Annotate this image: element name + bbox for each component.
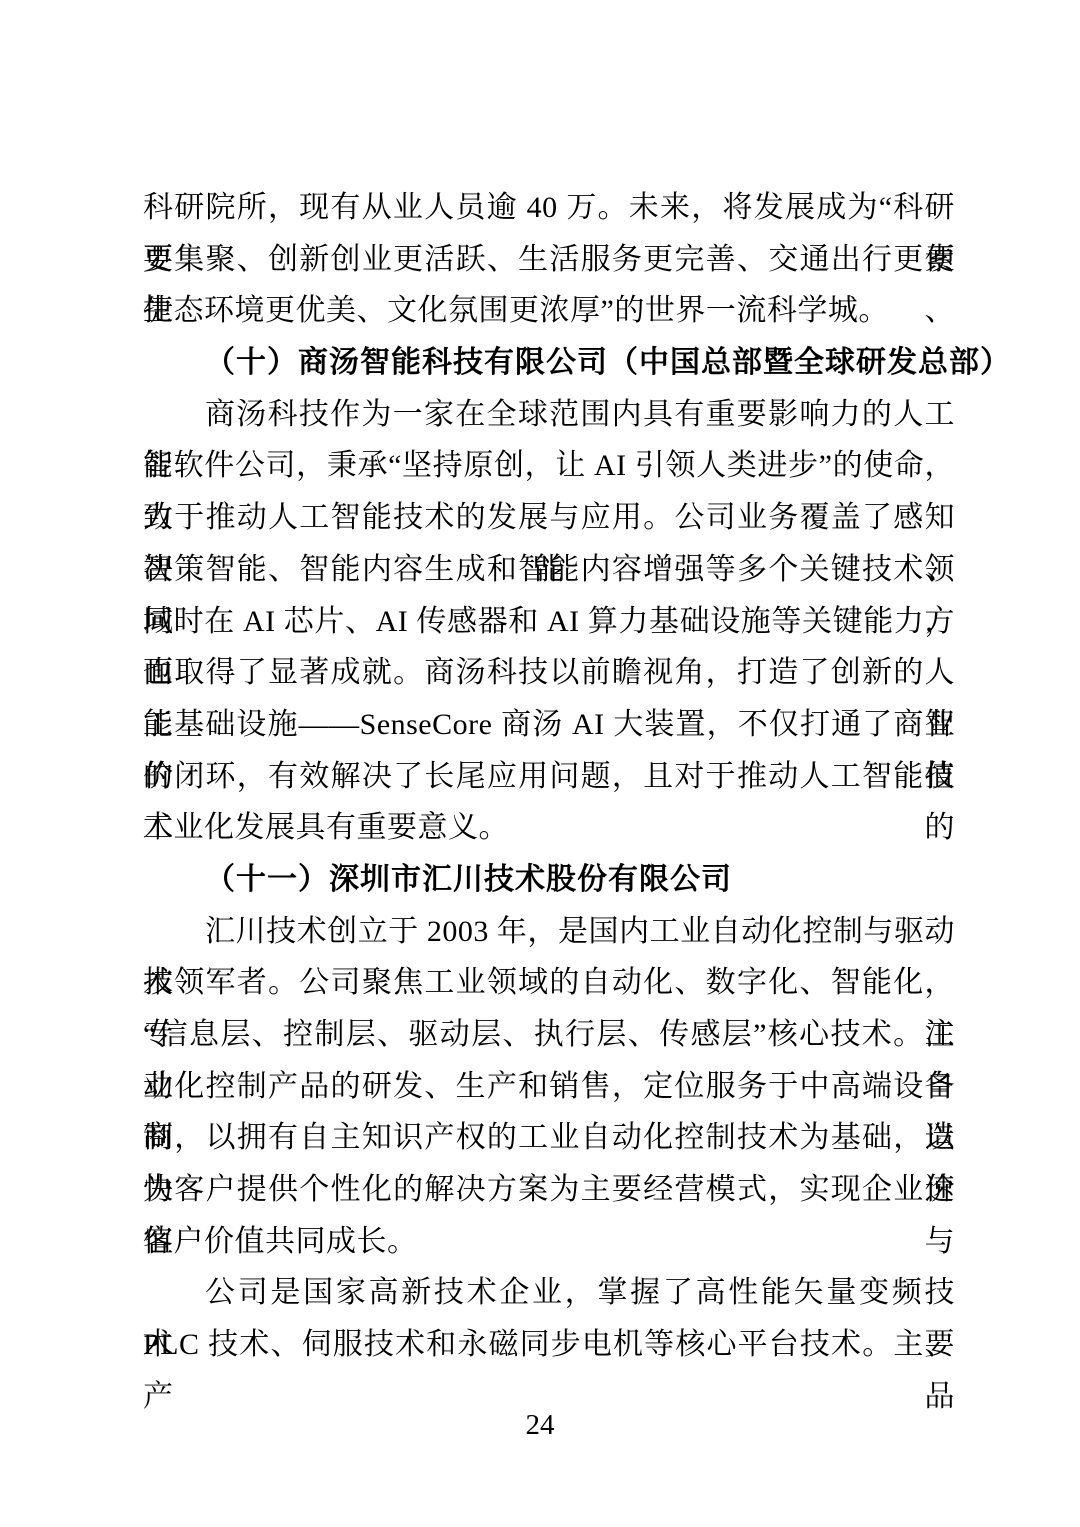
body-line: 更集聚、创新创业更活跃、生活服务更完善、交通出行更便捷、 xyxy=(143,234,955,286)
body-line: 汇川技术创立于 2003 年，是国内工业自动化控制与驱动技 xyxy=(143,906,955,958)
body-line: 科研院所，现有从业人员逾 40 万。未来，将发展成为“科研要素 xyxy=(143,182,955,234)
body-line: 商汤科技作为一家在全球范围内具有重要影响力的人工智 xyxy=(143,389,955,441)
body-line: 公司是国家高新技术企业，掌握了高性能矢量变频技术、 xyxy=(143,1267,955,1319)
page-number: 24 xyxy=(0,1405,1080,1445)
section-heading: （十一）深圳市汇川技术股份有限公司 xyxy=(143,854,955,906)
body-line: 同时在 AI 芯片、AI 传感器和 AI 算力基础设施等关键能力方面 xyxy=(143,596,955,648)
body-line: 也取得了显著成就。商汤科技以前瞻视角，打造了创新的人工智 xyxy=(143,647,955,699)
body-line: 能软件公司，秉承“坚持原创，让 AI 引领人类进步”的使命，致 xyxy=(143,440,955,492)
body-line: 生态环境更优美、文化氛围更浓厚”的世界一流科学城。 xyxy=(143,285,955,337)
document-page: 科研院所，现有从业人员逾 40 万。未来，将发展成为“科研要素 更集聚、创新创业… xyxy=(0,0,1080,1527)
document-body: 科研院所，现有从业人员逾 40 万。未来，将发展成为“科研要素 更集聚、创新创业… xyxy=(143,182,955,1371)
body-line: 术领军者。公司聚焦工业领域的自动化、数字化、智能化，专注 xyxy=(143,957,955,1009)
body-line: 能基础设施——SenseCore 商汤 AI 大装置，不仅打通了商业价值 xyxy=(143,699,955,751)
body-line: PLC 技术、伺服技术和永磁同步电机等核心平台技术。主要产品 xyxy=(143,1319,955,1371)
body-line: “信息层、控制层、驱动层、执行层、传感层”核心技术。工业自 xyxy=(143,1009,955,1061)
section-heading: （十）商汤智能科技有限公司（中国总部暨全球研发总部） xyxy=(143,337,955,389)
body-line: 决策智能、智能内容生成和智能内容增强等多个关键技术领域， xyxy=(143,544,955,596)
body-line: 力于推动人工智能技术的发展与应用。公司业务覆盖了感知智能、 xyxy=(143,492,955,544)
body-line: 为客户提供个性化的解决方案为主要经营模式，实现企业价值与 xyxy=(143,1164,955,1216)
body-line: 动化控制产品的研发、生产和销售，定位服务于中高端设备制造 xyxy=(143,1061,955,1113)
body-line: 的闭环，有效解决了长尾应用问题，且对于推动人工智能技术的 xyxy=(143,751,955,803)
body-line: 商，以拥有自主知识产权的工业自动化控制技术为基础，以快速 xyxy=(143,1112,955,1164)
